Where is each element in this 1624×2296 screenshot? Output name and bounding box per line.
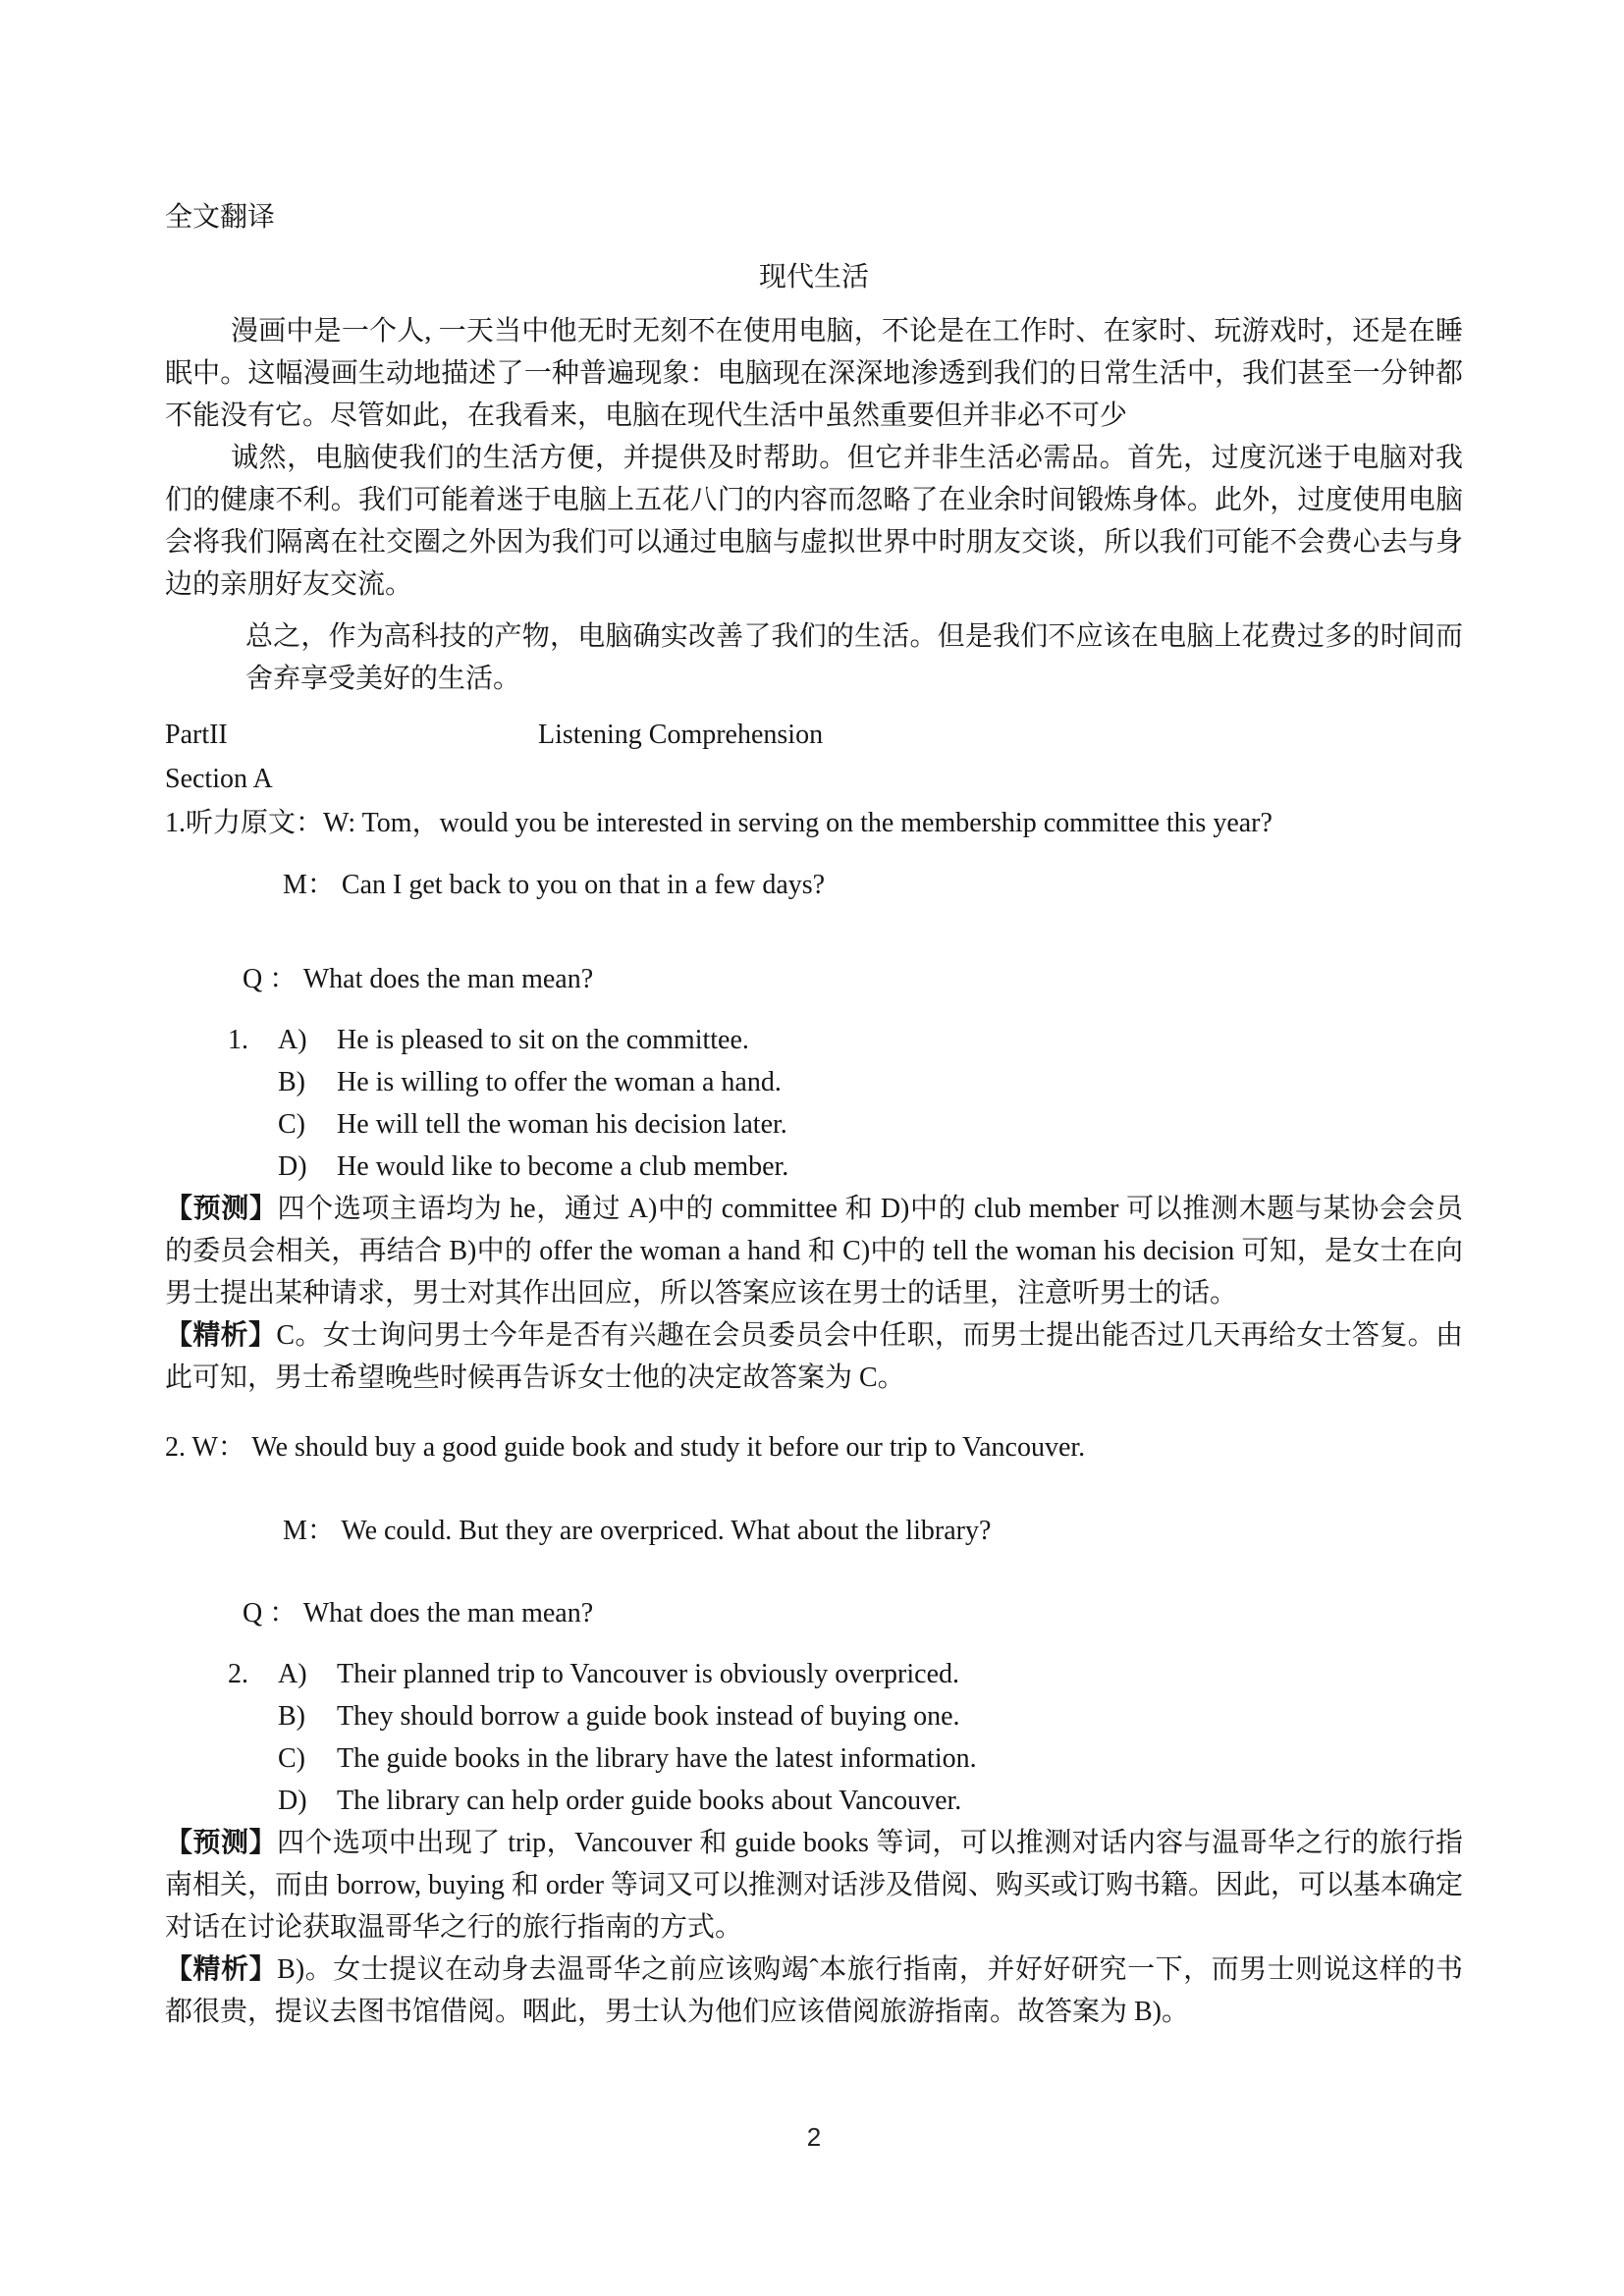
option-text: He would like to become a club member.	[337, 1151, 788, 1182]
option-text: The library can help order guide books a…	[337, 1786, 961, 1816]
q1-option-c: C)He will tell the woman his decision la…	[228, 1103, 1463, 1146]
translation-heading: 全文翻译	[165, 196, 1463, 239]
part-heading: PartIIListening Comprehension	[165, 714, 1463, 756]
option-text: The guide books in the library have the …	[337, 1743, 977, 1774]
option-letter: B)	[278, 1061, 337, 1103]
document-page: 全文翻译 现代生活 漫画中是一个人, 一天当中他无时无刻不在使用电脑，不论是在工…	[0, 0, 1624, 2296]
option-text: Their planned trip to Vancouver is obvio…	[337, 1659, 959, 1689]
option-letter: A)	[278, 1653, 337, 1695]
q1-option-d: D)He would like to become a club member.	[228, 1146, 1463, 1188]
section-label: Section A	[165, 758, 1463, 800]
option-letter: C)	[278, 1103, 337, 1146]
analysis-label: 【精析】	[165, 1320, 276, 1351]
document-title: 现代生活	[165, 256, 1463, 298]
q1-analysis: 【精析】C。女士询问男士今年是否有兴趣在会员委员会中任职，而男士提出能否过几天再…	[165, 1314, 1463, 1399]
option-letter: A)	[278, 1019, 337, 1061]
q1-question-line: Q ： What does the man mean?	[243, 958, 1463, 1000]
option-text: They should borrow a guide book instead …	[337, 1701, 960, 1732]
part-label: PartII	[165, 714, 538, 756]
prediction-label: 【预测】	[165, 1828, 277, 1858]
option-text: He will tell the woman his decision late…	[337, 1109, 787, 1140]
option-letter: D)	[278, 1146, 337, 1188]
page-number: 2	[165, 2116, 1463, 2159]
q1-option-a: 1.A)He is pleased to sit on the committe…	[228, 1019, 1463, 1061]
translation-paragraph-2: 诚然，电脑使我们的生活方便，并提供及时帮助。但它并非生活必需品。首先，过度沉迷于…	[165, 437, 1463, 606]
q2-prediction: 【预测】四个选项中出现了 trip，Vancouver 和 guide book…	[165, 1822, 1463, 1949]
q1-transcript-woman: 1.听力原文：W: Tom，would you be interested in…	[165, 802, 1463, 844]
q2-transcript-woman: 2. W： We should buy a good guide book an…	[165, 1426, 1463, 1468]
option-letter: D)	[278, 1780, 337, 1822]
prediction-text: 四个选项中出现了 trip，Vancouver 和 guide books 等词…	[165, 1828, 1463, 1943]
prediction-label: 【预测】	[165, 1194, 278, 1224]
translation-paragraph-3: 总之，作为高科技的产物，电脑确实改善了我们的生活。但是我们不应该在电脑上花费过多…	[245, 615, 1463, 700]
option-letter: C)	[278, 1737, 337, 1780]
prediction-text: 四个选项主语均为 he，通过 A)中的 committee 和 D)中的 clu…	[165, 1194, 1463, 1308]
q2-question-line: Q ： What does the man mean?	[243, 1592, 1463, 1634]
option-letter: B)	[278, 1695, 337, 1737]
q2-transcript-man: M： We could. But they are overpriced. Wh…	[283, 1510, 1463, 1552]
option-text: He is willing to offer the woman a hand.	[337, 1067, 782, 1097]
q2-option-c: C)The guide books in the library have th…	[228, 1737, 1463, 1780]
q2-option-b: B)They should borrow a guide book instea…	[228, 1695, 1463, 1737]
translation-paragraph-1: 漫画中是一个人, 一天当中他无时无刻不在使用电脑，不论是在工作时、在家时、玩游戏…	[165, 310, 1463, 437]
part-title: Listening Comprehension	[538, 720, 823, 750]
q2-option-a: 2.A)Their planned trip to Vancouver is o…	[228, 1653, 1463, 1695]
analysis-text: C。女士询问男士今年是否有兴趣在会员委员会中任职，而男士提出能否过几天再给女士答…	[165, 1320, 1463, 1393]
question-number: 2.	[228, 1653, 278, 1695]
question-number: 1.	[228, 1019, 278, 1061]
analysis-text: B)。女士提议在动身去温哥华之前应该购竭ˆ本旅行指南，并好好研究一下，而男士则说…	[165, 1954, 1463, 2027]
q1-option-b: B)He is willing to offer the woman a han…	[228, 1061, 1463, 1103]
analysis-label: 【精析】	[165, 1954, 277, 1985]
q1-transcript-man: M： Can I get back to you on that in a fe…	[283, 864, 1463, 906]
q2-analysis: 【精析】B)。女士提议在动身去温哥华之前应该购竭ˆ本旅行指南，并好好研究一下，而…	[165, 1949, 1463, 2033]
option-text: He is pleased to sit on the committee.	[337, 1025, 749, 1055]
q1-prediction: 【预测】四个选项主语均为 he，通过 A)中的 committee 和 D)中的…	[165, 1188, 1463, 1314]
q2-option-d: D)The library can help order guide books…	[228, 1780, 1463, 1822]
